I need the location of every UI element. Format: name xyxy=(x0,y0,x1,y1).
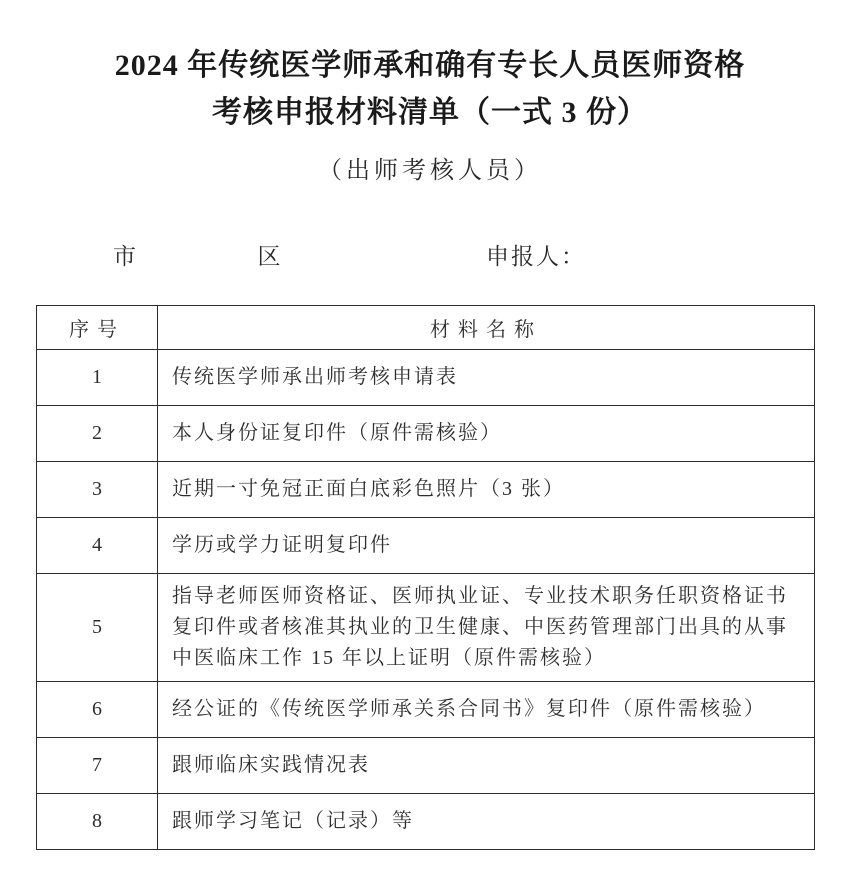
row-material-name: 跟师学习笔记（记录）等 xyxy=(158,794,815,850)
table-row: 8 跟师学习笔记（记录）等 xyxy=(37,794,815,850)
materials-table: 序号 材料名称 1 传统医学师承出师考核申请表 2 本人身份证复印件（原件需核验… xyxy=(36,305,815,850)
row-index: 3 xyxy=(37,462,158,518)
header-index: 序号 xyxy=(37,306,158,350)
row-material-name: 学历或学力证明复印件 xyxy=(158,518,815,574)
applicant-line: 市 区 申报人： xyxy=(0,238,860,271)
row-material-name: 经公证的《传统医学师承关系合同书》复印件（原件需核验） xyxy=(158,682,815,738)
row-index: 5 xyxy=(37,574,158,682)
row-material-name: 传统医学师承出师考核申请表 xyxy=(158,350,815,406)
city-label: 市 xyxy=(113,244,138,269)
table-row: 2 本人身份证复印件（原件需核验） xyxy=(37,406,815,462)
row-material-name: 指导老师医师资格证、医师执业证、专业技术职务任职资格证书复印件或者核准其执业的卫… xyxy=(158,574,815,682)
table-header-row: 序号 材料名称 xyxy=(37,306,815,350)
row-index: 6 xyxy=(37,682,158,738)
row-index: 8 xyxy=(37,794,158,850)
table-row: 6 经公证的《传统医学师承关系合同书》复印件（原件需核验） xyxy=(37,682,815,738)
table-row: 1 传统医学师承出师考核申请表 xyxy=(37,350,815,406)
table-row: 4 学历或学力证明复印件 xyxy=(37,518,815,574)
row-index: 1 xyxy=(37,350,158,406)
row-index: 4 xyxy=(37,518,158,574)
district-label: 区 xyxy=(258,244,283,269)
row-index: 2 xyxy=(37,406,158,462)
row-index: 7 xyxy=(37,738,158,794)
document-page: 2024 年传统医学师承和确有专长人员医师资格 考核申报材料清单（一式 3 份）… xyxy=(0,0,860,888)
table-row: 5 指导老师医师资格证、医师执业证、专业技术职务任职资格证书复印件或者核准其执业… xyxy=(37,574,815,682)
title-line-1: 2024 年传统医学师承和确有专长人员医师资格 xyxy=(0,42,860,89)
document-subtitle: （出师考核人员） xyxy=(0,150,860,185)
header-material-name: 材料名称 xyxy=(158,306,815,350)
document-title: 2024 年传统医学师承和确有专长人员医师资格 考核申报材料清单（一式 3 份） xyxy=(0,42,860,136)
table-row: 3 近期一寸免冠正面白底彩色照片（3 张） xyxy=(37,462,815,518)
row-material-name: 近期一寸免冠正面白底彩色照片（3 张） xyxy=(158,462,815,518)
row-material-name: 本人身份证复印件（原件需核验） xyxy=(158,406,815,462)
title-line-2: 考核申报材料清单（一式 3 份） xyxy=(0,89,860,136)
table-row: 7 跟师临床实践情况表 xyxy=(37,738,815,794)
table-body: 1 传统医学师承出师考核申请表 2 本人身份证复印件（原件需核验） 3 近期一寸… xyxy=(37,350,815,850)
table-head: 序号 材料名称 xyxy=(37,306,815,350)
applicant-label: 申报人： xyxy=(486,244,586,269)
row-material-name: 跟师临床实践情况表 xyxy=(158,738,815,794)
